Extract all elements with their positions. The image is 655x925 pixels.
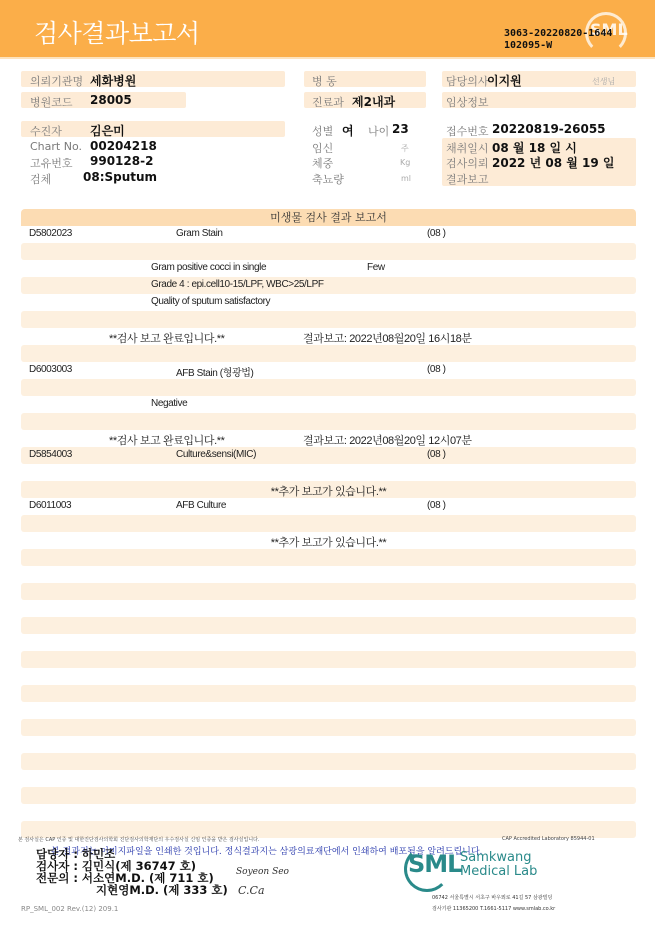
- table-row: D6003003 AFB Stain (형광법) (08 ): [21, 362, 636, 379]
- patient-label: 수진자: [30, 123, 62, 139]
- form-id: RP_SML_002 Rev.(12) 209.1: [21, 905, 118, 913]
- test-name: Culture&sensi(MIC): [176, 449, 256, 460]
- report-header-bar: 검사결과보고서 SML 3063-20220820-1644 102095-W: [0, 0, 655, 59]
- weight-unit: Kg: [400, 158, 410, 167]
- doctor-value: 이지원: [487, 72, 522, 89]
- table-row: [21, 787, 636, 804]
- table-row: [21, 464, 636, 481]
- table-row: [21, 583, 636, 600]
- table-row: [21, 651, 636, 668]
- report-sub-id: 102095-W: [504, 40, 612, 52]
- pending-report-text: **추가 보고가 있습니다.**: [21, 483, 636, 499]
- report-title: 검사결과보고서: [34, 14, 200, 50]
- report-ids: 3063-20220820-1644 102095-W: [504, 28, 612, 52]
- receipt-value: 20220819-26055: [492, 122, 606, 136]
- table-row: D5854003 Culture&sensi(MIC) (08 ): [21, 447, 636, 464]
- result-text: Negative: [151, 398, 187, 409]
- table-row: **검사 보고 완료입니다.** 결과보고: 2022년08월20일 16시18…: [21, 328, 636, 345]
- ward-label: 병 동: [312, 73, 337, 89]
- sml-lab-logo-icon: SML: [408, 850, 461, 878]
- result-label: 결과보고: [446, 171, 489, 187]
- report-time: 결과보고: 2022년08월20일 16시18분: [303, 330, 472, 346]
- sex-value: 여: [342, 122, 354, 139]
- dept-label: 진료과: [312, 94, 344, 110]
- result-text: Grade 4 : epi.cell10-15/LPF, WBC>25/LPF: [151, 279, 324, 290]
- clinical-label: 임상정보: [446, 94, 489, 110]
- table-row: D6011003 AFB Culture (08 ): [21, 498, 636, 515]
- table-row: Negative: [21, 396, 636, 413]
- request-value: 2022 년 08 월 19 일: [492, 154, 614, 171]
- table-row: [21, 736, 636, 753]
- receipt-label: 접수번호: [446, 123, 489, 139]
- pregnancy-unit: 주: [401, 143, 409, 154]
- institution-value: 세화병원: [90, 72, 136, 89]
- lab-contact: 검사기관 11365200 T.1661-5117 www.smlab.co.k…: [432, 905, 555, 912]
- table-row: [21, 345, 636, 362]
- test-specimen: (08 ): [427, 449, 446, 460]
- report-id: 3063-20220820-1644: [504, 28, 612, 40]
- test-name: AFB Stain (형광법): [176, 364, 253, 379]
- report-complete-text: **검사 보고 완료입니다.**: [109, 432, 225, 448]
- doctor-label: 담당의사: [446, 73, 489, 89]
- report-complete-text: **검사 보고 완료입니다.**: [109, 330, 225, 346]
- request-label: 검사의뢰: [446, 155, 489, 171]
- table-row: [21, 243, 636, 260]
- specialist-2: 지현영M.D. (제 333 호): [36, 884, 228, 896]
- result-qty: Few: [367, 262, 385, 273]
- test-specimen: (08 ): [427, 364, 446, 375]
- report-time: 결과보고: 2022년08월20일 12시07분: [303, 432, 472, 448]
- signers-block: 담당자 : 하민조 검사자 : 김민식(제 36747 호) 전문의 : 서소연…: [36, 848, 228, 896]
- patient-value: 김은미: [90, 122, 125, 139]
- table-row: Grade 4 : epi.cell10-15/LPF, WBC>25/LPF: [21, 277, 636, 294]
- test-specimen: (08 ): [427, 228, 446, 239]
- unique-value: 990128-2: [90, 154, 153, 168]
- table-row: [21, 549, 636, 566]
- table-row: **검사 보고 완료입니다.** 결과보고: 2022년08월20일 12시07…: [21, 430, 636, 447]
- table-row: [21, 379, 636, 396]
- table-row: [21, 311, 636, 328]
- table-row: [21, 668, 636, 685]
- pending-report-text: **추가 보고가 있습니다.**: [21, 534, 636, 550]
- table-row: Quality of sputum satisfactory: [21, 294, 636, 311]
- table-row: [21, 719, 636, 736]
- result-text: Quality of sputum satisfactory: [151, 296, 270, 307]
- table-row: [21, 600, 636, 617]
- test-specimen: (08 ): [427, 500, 446, 511]
- table-row: [21, 685, 636, 702]
- table-row: **추가 보고가 있습니다.**: [21, 532, 636, 549]
- table-row: D5802023 Gram Stain (08 ): [21, 226, 636, 243]
- signature-1: Soyeon Seo: [236, 867, 289, 877]
- accreditation-text: 본 검사실은 CAP 인증 및 대한진단검사의학회 진단검사의학재단의 우수검사…: [18, 836, 260, 843]
- table-row: **추가 보고가 있습니다.**: [21, 481, 636, 498]
- doctor-suffix: 선생님: [592, 76, 615, 87]
- test-code: D5854003: [29, 449, 72, 460]
- urine-label: 축뇨량: [312, 171, 344, 187]
- cap-accreditation: CAP Accredited Laboratory 85944-01: [502, 836, 595, 842]
- urine-unit: ml: [401, 174, 411, 183]
- test-code: D5802023: [29, 228, 72, 239]
- dept-value: 제2내과: [352, 93, 395, 110]
- age-label: 나이: [368, 123, 389, 139]
- signature-2: C.Ca: [238, 884, 265, 897]
- report-section-title: 미생물 검사 결과 보고서: [21, 209, 636, 226]
- test-code: D6003003: [29, 364, 72, 375]
- test-code: D6011003: [29, 500, 71, 511]
- test-name: AFB Culture: [176, 500, 226, 511]
- table-row: [21, 413, 636, 430]
- hospital-code-value: 28005: [90, 93, 132, 107]
- pregnancy-label: 임신: [312, 140, 333, 156]
- lab-name-line-1: Samkwang: [460, 851, 537, 865]
- table-row: [21, 617, 636, 634]
- table-row: [21, 634, 636, 651]
- age-value: 23: [392, 122, 409, 136]
- collect-label: 채취일시: [446, 140, 489, 156]
- test-name: Gram Stain: [176, 228, 223, 239]
- specimen-label: 검체: [30, 171, 51, 187]
- table-row: [21, 702, 636, 719]
- weight-label: 체중: [312, 155, 333, 171]
- table-row: Gram positive cocci in single Few: [21, 260, 636, 277]
- chart-value: 00204218: [90, 139, 157, 153]
- table-row: [21, 566, 636, 583]
- lab-name-line-2: Medical Lab: [460, 865, 537, 879]
- report-table: 미생물 검사 결과 보고서 D5802023 Gram Stain (08 ) …: [21, 209, 636, 838]
- sex-label: 성별: [312, 123, 333, 139]
- unique-label: 고유번호: [30, 155, 73, 171]
- lab-address: 06742 서울특별시 서초구 바우뫼로 41길 57 삼광빌딩: [432, 894, 552, 901]
- lab-name: Samkwang Medical Lab: [460, 851, 537, 879]
- table-row: [21, 804, 636, 821]
- specimen-value: 08:Sputum: [83, 170, 157, 184]
- table-row: [21, 770, 636, 787]
- sml-logo-ring-icon: [404, 846, 450, 892]
- table-row: [21, 753, 636, 770]
- institution-label: 의뢰기관명: [30, 73, 83, 89]
- chart-label: Chart No.: [30, 140, 82, 153]
- table-row: [21, 515, 636, 532]
- result-text: Gram positive cocci in single: [151, 262, 266, 273]
- hospital-code-label: 병원코드: [30, 94, 73, 110]
